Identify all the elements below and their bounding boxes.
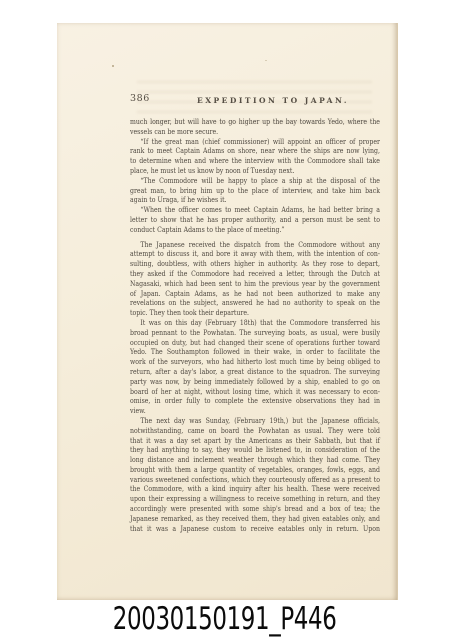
text-line: “The Commodore will be happy to place a … [130,176,380,186]
text-line: “If the great man (chief commissioner) w… [130,137,380,147]
text-line: conduct Captain Adams to the place of me… [130,225,380,235]
text-line: return, after a day's labor, a great dis… [130,367,380,377]
text-line: The Japanese received the dispatch from … [130,240,380,250]
text-line: letter to show that he has proper author… [130,215,380,225]
text-line: It was on this day (February 18th) that … [130,318,380,328]
text-line: The next day was Sunday, (February 19th,… [130,416,380,426]
text-line: work of the surveyors, who had hitherto … [130,357,380,367]
text-line: revelations on the subject, answered he … [130,298,380,308]
paragraph: “The Commodore will be happy to place a … [130,176,380,205]
text-line: place, he must let us know by noon of Tu… [130,166,380,176]
text-line: the Commodore, with a kind inquiry after… [130,484,380,494]
paragraph: much longer, but will have to go higher … [130,117,380,137]
text-line: upon their expressing a willingness to r… [130,494,380,504]
paragraph: It was on this day (February 18th) that … [130,318,380,416]
catalog-number-caption: 20030150191_P446 [59,601,391,637]
text-line: omise, in order fully to complete the ex… [130,396,380,406]
text-line: view. [130,406,380,416]
text-line: “When the officer comes to meet Captain … [130,205,380,215]
text-line: great man, to bring him up to the place … [130,186,380,196]
text-line: that it was a Japanese custom to receive… [130,524,380,534]
text-block: much longer, but will have to go higher … [130,117,380,533]
text-line: Nagasaki, which had been sent to him the… [130,279,380,289]
paper-speck [265,60,267,61]
paragraph: “When the officer comes to meet Captain … [130,205,380,234]
text-line: they asked if the Commodore had received… [130,269,380,279]
paper-speck [112,65,114,67]
text-line: notwithstanding, came on board the Powha… [130,426,380,436]
text-line: they had anything to say, they would be … [130,445,380,455]
text-line: various sweetened confections, which the… [130,475,380,485]
text-line: attempt to discuss it, and bore it away … [130,249,380,259]
text-line: topic. They then took their departure. [130,308,380,318]
text-line: sulting, doubtless, with others higher i… [130,259,380,269]
text-line: accordingly were presented with some shi… [130,504,380,514]
text-line: long distance and inclement weather thro… [130,455,380,465]
text-line: vessels can be more secure. [130,127,380,137]
text-line: much longer, but will have to go higher … [130,117,380,127]
paragraph: “If the great man (chief commissioner) w… [130,137,380,176]
text-line: party was now, by being immediately foll… [130,377,380,387]
text-line: that it was a day set apart by the Ameri… [130,436,380,446]
running-head: EXPEDITION TO JAPAN. [197,96,349,105]
text-line: board of her at night, without losing ti… [130,387,380,397]
text-line: Yedo. The Southampton followed in their … [130,347,380,357]
text-line: again to Uraga, if he wishes it. [130,195,380,205]
text-line: brought with them a large quantity of ve… [130,465,380,475]
text-line: Japanese remarked, as they received them… [130,514,380,524]
paragraph: The next day was Sunday, (February 19th,… [130,416,380,534]
text-line: broad pennant to the Powhatan. The surve… [130,328,380,338]
page-number: 386 [130,93,150,104]
text-line: to determine when and where the intervie… [130,156,380,166]
paragraph: The Japanese received the dispatch from … [130,240,380,318]
text-line: occupied on duty, but had changed their … [130,338,380,348]
text-line: of Japan. Captain Adams, as he had not b… [130,289,380,299]
scanned-book-page: 386 EXPEDITION TO JAPAN. much longer, bu… [57,23,398,600]
text-line: rank to meet Captain Adams on shore, nea… [130,146,380,156]
